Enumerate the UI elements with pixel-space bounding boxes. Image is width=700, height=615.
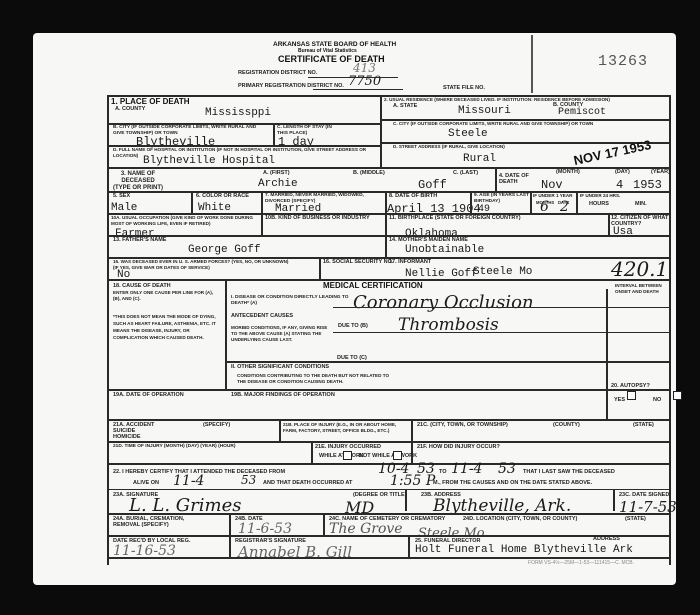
residence-street: Rural	[463, 153, 496, 165]
burial-state-label: (State)	[625, 516, 646, 522]
armed-forces-label: 15. WAS DECEASED EVER IN U. S. ARMED FOR…	[113, 259, 293, 271]
alive-on-label: ALIVE ON	[133, 480, 159, 486]
first-name: Archie	[258, 178, 298, 190]
disease-label: I. DISEASE OR CONDITION DIRECTLY LEADING…	[231, 295, 351, 307]
mother-maiden-name: Unobtainable	[405, 244, 484, 256]
to-label: TO	[439, 469, 447, 475]
res-city-label: c. CITY (If outside corporate limits, wr…	[393, 121, 593, 127]
operation-date-label: 19a. DATE OF OPERATION	[113, 392, 213, 398]
birthplace-label: 11. BIRTHPLACE (State or foreign country…	[389, 215, 521, 221]
last-saw-label: THAT I LAST SAW THE DECEASED	[523, 469, 615, 475]
reg-district-value: 413	[353, 61, 376, 75]
funeral-director-address-label: ADDRESS	[593, 536, 620, 542]
last-name-label: c. (Last)	[453, 170, 478, 176]
injury-county-label: (COUNTY)	[553, 422, 580, 428]
hours-label: Hours	[589, 201, 609, 207]
autopsy-yes-checkbox[interactable]	[627, 391, 636, 400]
not-at-work-label: Not While At Work	[359, 453, 417, 459]
state-file-number: 13263	[598, 53, 648, 70]
autopsy-no-checkbox[interactable]	[673, 391, 682, 400]
dod-year-label: (Year)	[651, 169, 670, 175]
ssn-label: 16. SOCIAL SECURITY NO.	[323, 259, 393, 265]
hospital-name: Blytheville Hospital	[143, 155, 275, 167]
at-work-label: While At Work	[319, 453, 364, 459]
alive-on-year: 53	[241, 473, 256, 487]
primary-district-value: 7750	[348, 74, 381, 89]
race-label: 6. COLOR OR RACE	[196, 193, 249, 199]
death-year: 1953	[633, 178, 662, 192]
county-label: a. COUNTY	[115, 106, 145, 112]
operation-findings-label: 19b. MAJOR FINDINGS OF OPERATION	[231, 392, 335, 398]
autopsy-no-label: NO	[653, 397, 661, 403]
other-conditions-label: II. OTHER SIGNIFICANT CONDITIONS	[231, 364, 329, 370]
dob-label: 8. DATE OF BIRTH	[389, 193, 437, 199]
dod-label: 4. DATE OF DEATH	[499, 173, 533, 185]
business-label: 10b. KIND OF BUSINESS OR INDUSTRY	[265, 215, 375, 221]
under-24-hrs-label: If Under 24 Hrs.	[580, 193, 620, 199]
reg-district-label: Registration District No.	[238, 70, 317, 76]
burial-location-label: 24d. LOCATION (City, town, or county)	[463, 516, 577, 522]
at-work-checkbox[interactable]	[343, 451, 352, 460]
antecedent-label: ANTECEDENT CAUSES	[231, 313, 293, 319]
coding-number: 420.1	[611, 257, 668, 281]
other-conditions-note: Conditions contributing to the death but…	[237, 373, 397, 385]
attended-to-year: 53	[498, 461, 516, 477]
specify-label: (Specify)	[203, 422, 230, 428]
res-state-label: a. STATE	[393, 103, 417, 109]
due-to-b-label: DUE TO (b)	[338, 323, 368, 329]
dod-day-label: (Day)	[615, 169, 630, 175]
place-of-death-heading: 1. PLACE OF DEATH	[111, 97, 190, 106]
first-name-label: a. (First)	[263, 170, 290, 176]
how-injury-label: 21f. HOW DID INJURY OCCUR?	[417, 444, 500, 450]
accident-label: 21a. ACCIDENT SUICIDE HOMICIDE	[113, 422, 163, 440]
death-month: Nov	[541, 178, 563, 192]
injury-occurred-label: 21e. INJURY OCCURRED	[315, 444, 381, 450]
residence-county: Pemiscot	[558, 107, 606, 118]
injury-state-label: (STATE)	[633, 422, 654, 428]
death-day: 4	[616, 178, 623, 192]
death-county: Mississppi	[205, 107, 271, 119]
father-label: 13. FATHER'S NAME	[113, 237, 166, 243]
autopsy-yes-label: YES	[614, 397, 625, 403]
informant-address: Steele Mo	[473, 266, 532, 278]
middle-name-label: b. (Middle)	[353, 170, 385, 176]
injury-time-label: 21d. TIME OF INJURY (Month) (Day) (Year)…	[113, 444, 235, 450]
residence-state: Missouri	[458, 105, 511, 117]
informant-label: 17. INFORMANT	[389, 259, 431, 265]
sex-label: 5. SEX	[113, 193, 130, 199]
not-at-work-checkbox[interactable]	[393, 451, 402, 460]
state-file-label: STATE FILE NO.	[443, 85, 485, 91]
board-title: ARKANSAS STATE BOARD OF HEALTH	[273, 41, 396, 48]
injury-place-label: 21b. PLACE OF INJURY (e.g., in or about …	[283, 422, 403, 434]
name-label: 3. NAME OF DECEASED (Type or Print)	[113, 171, 163, 192]
cause-footnote: *This does not mean the mode of dying, s…	[113, 313, 221, 341]
last-name: Goff	[418, 178, 447, 192]
funeral-director: Holt Funeral Home Blytheville Ark	[415, 544, 633, 556]
time-of-death: 1:55 P	[390, 473, 435, 489]
from-causes-label: M., FROM THE CAUSES AND ON THE DATE STAT…	[433, 480, 592, 486]
death-certificate: ARKANSAS STATE BOARD OF HEALTH Bureau of…	[33, 33, 676, 585]
father-name: George Goff	[188, 244, 261, 256]
interval-label: INTERVAL BETWEEN ONSET AND DEATH	[615, 283, 670, 295]
occupation-label: 10a. USUAL OCCUPATION (Give kind of work…	[111, 215, 261, 227]
alive-on-date: 11-4	[173, 473, 204, 489]
res-street-label: d. STREET ADDRESS (If rural, give locati…	[393, 144, 505, 150]
residence-city: Steele	[448, 128, 488, 140]
dod-month-label: (Month)	[556, 169, 580, 175]
antecedent-note: Morbid conditions, if any, giving rise t…	[231, 325, 331, 343]
cause-note: Enter only one cause per line for (a), (…	[113, 290, 221, 302]
cause-a: Coronary Occlusion	[353, 292, 534, 313]
mother-label: 14. MOTHER'S MAIDEN NAME	[389, 237, 468, 243]
form-number: Form VS-4½—25M—1-53—111415—C. McB.	[528, 560, 634, 566]
cause-of-death-label: 18. CAUSE OF DEATH	[113, 283, 171, 289]
medical-certification-heading: MEDICAL CERTIFICATION	[323, 281, 423, 290]
minutes-label: Min.	[635, 201, 647, 207]
autopsy-label: 20. AUTOPSY?	[611, 383, 650, 389]
death-occurred-at-label: AND THAT DEATH OCCURRED AT	[263, 480, 352, 486]
burial-label: 24a. BURIAL, CREMATION, REMOVAL (Specify…	[113, 516, 195, 528]
attended-to: 11-4	[451, 461, 482, 477]
injury-city-label: 21c. (CITY, TOWN, OR TOWNSHIP)	[417, 422, 508, 428]
